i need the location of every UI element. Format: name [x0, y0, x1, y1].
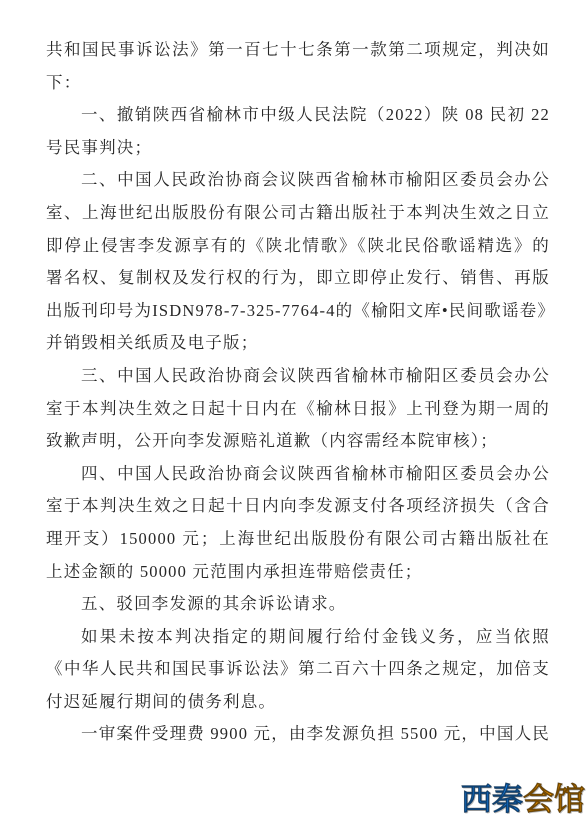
judgment-text-body: 共和国民事诉讼法》第一百七十七条第一款第二项规定，判决如下：一、撤销陕西省榆林市…	[46, 34, 550, 751]
text-line: 二、中国人民政治协商会议陕西省榆林市榆阳区委员会办公	[46, 164, 550, 197]
text-line: 理开支）150000 元；上海世纪出版股份有限公司古籍出版社在	[46, 523, 550, 556]
text-line: 下：	[46, 67, 550, 100]
text-line: 《中华人民共和国民事诉讼法》第二百六十四条之规定，加倍支	[46, 653, 550, 686]
text-line: 室于本判决生效之日起十日内在《榆林日报》上刊登为期一周的	[46, 393, 550, 426]
text-line: 一、撤销陕西省榆林市中级人民法院（2022）陕 08 民初 22	[46, 99, 550, 132]
text-line: 致歉声明，公开向李发源赔礼道歉（内容需经本院审核）；	[46, 425, 550, 458]
text-line: 三、中国人民政治协商会议陕西省榆林市榆阳区委员会办公	[46, 360, 550, 393]
text-line: 出版刊印号为ISDN978-7-325-7764-4的《榆阳文库•民间歌谣卷》	[46, 295, 550, 328]
text-line: 四、中国人民政治协商会议陕西省榆林市榆阳区委员会办公	[46, 458, 550, 491]
watermark-logo: 西秦会馆	[461, 783, 585, 817]
text-line: 并销毁相关纸质及电子版；	[46, 327, 550, 360]
text-line: 号民事判决；	[46, 132, 550, 165]
text-line: 上述金额的 50000 元范围内承担连带赔偿责任；	[46, 556, 550, 589]
watermark-text-huiguan: 会馆	[523, 782, 585, 818]
watermark-text-xiqin: 西秦	[461, 782, 523, 818]
text-line: 即停止侵害李发源享有的《陕北情歌》《陕北民俗歌谣精选》的	[46, 230, 550, 263]
text-line: 室、上海世纪出版股份有限公司古籍出版社于本判决生效之日立	[46, 197, 550, 230]
text-line: 付迟延履行期间的债务利息。	[46, 686, 550, 719]
text-line: 署名权、复制权及发行权的行为，即立即停止发行、销售、再版	[46, 262, 550, 295]
document-page: 共和国民事诉讼法》第一百七十七条第一款第二项规定，判决如下：一、撤销陕西省榆林市…	[0, 0, 588, 819]
text-line: 如果未按本判决指定的期间履行给付金钱义务，应当依照	[46, 621, 550, 654]
text-line: 室于本判决生效之日起十日内向李发源支付各项经济损失（含合	[46, 490, 550, 523]
text-line: 共和国民事诉讼法》第一百七十七条第一款第二项规定，判决如	[46, 34, 550, 67]
text-line: 五、驳回李发源的其余诉讼请求。	[46, 588, 550, 621]
text-line: 一审案件受理费 9900 元，由李发源负担 5500 元，中国人民	[46, 718, 550, 751]
